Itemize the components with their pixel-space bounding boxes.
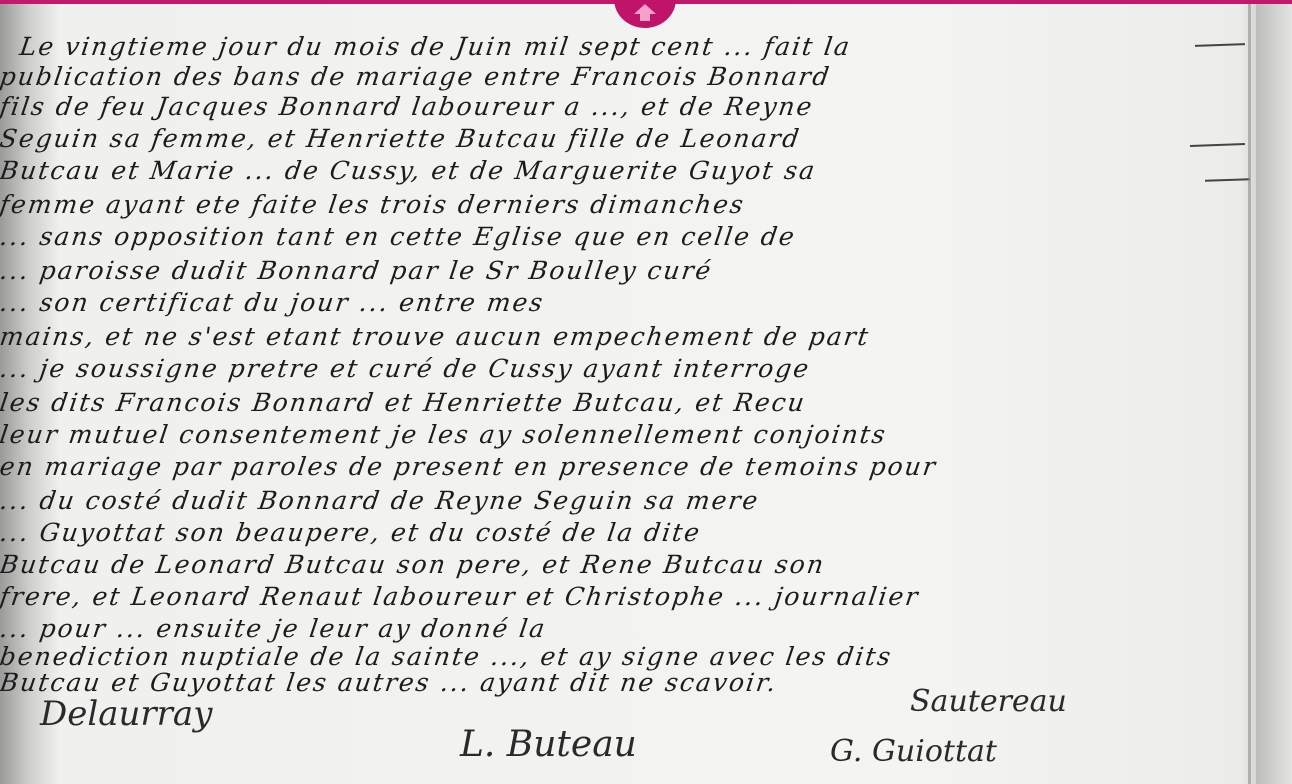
manuscript-line: fils de feu Jacques Bonnard laboureur a … bbox=[0, 92, 815, 121]
manuscript-line: en mariage par paroles de present en pre… bbox=[0, 452, 939, 481]
manuscript-line: Seguin sa femme, et Henriette Butcau fil… bbox=[0, 124, 803, 153]
manuscript-line: mains, et ne s'est etant trouve aucun em… bbox=[0, 322, 872, 351]
manuscript-line: frere, et Leonard Renaut laboureur et Ch… bbox=[0, 582, 921, 611]
manuscript-line: Butcau de Leonard Butcau son pere, et Re… bbox=[0, 550, 827, 579]
manuscript-line: publication des bans de mariage entre Fr… bbox=[0, 62, 833, 91]
margin-stroke bbox=[1205, 178, 1250, 182]
manuscript-line: ... je soussigne pretre et curé de Cussy… bbox=[0, 354, 812, 383]
manuscript-line: Le vingtieme jour du mois de Juin mil se… bbox=[18, 32, 853, 61]
arrow-up-icon-stem bbox=[640, 13, 650, 21]
signature: L. Buteau bbox=[460, 724, 637, 765]
signature: G. Guiottat bbox=[830, 734, 997, 769]
manuscript-line: ... du costé dudit Bonnard de Reyne Segu… bbox=[0, 486, 761, 515]
manuscript-line: femme ayant ete faite les trois derniers… bbox=[0, 190, 747, 219]
margin-stroke bbox=[1195, 43, 1245, 47]
manuscript-line: les dits Francois Bonnard et Henriette B… bbox=[0, 388, 808, 417]
manuscript-line: Butcau et Guyottat les autres ... ayant … bbox=[0, 668, 779, 697]
signature: Sautereau bbox=[910, 684, 1067, 719]
margin-stroke bbox=[1190, 143, 1245, 147]
manuscript-line: ... son certificat du jour ... entre mes bbox=[0, 288, 546, 317]
page-edge bbox=[1256, 4, 1292, 784]
manuscript-line: ... sans opposition tant en cette Eglise… bbox=[0, 222, 798, 251]
page-margin-line bbox=[1248, 4, 1251, 784]
manuscript-line: leur mutuel consentement je les ay solen… bbox=[0, 420, 889, 449]
manuscript-line: benediction nuptiale de la sainte ..., e… bbox=[0, 642, 894, 671]
document-scan: Le vingtieme jour du mois de Juin mil se… bbox=[0, 4, 1256, 784]
manuscript-line: ... paroisse dudit Bonnard par le Sr Bou… bbox=[0, 256, 714, 285]
manuscript-line: ... Guyottat son beaupere, et du costé d… bbox=[0, 518, 703, 547]
manuscript-line: Butcau et Marie ... de Cussy, et de Marg… bbox=[0, 156, 818, 185]
signature: Delaurray bbox=[40, 694, 212, 734]
manuscript-line: ... pour ... ensuite je leur ay donné la bbox=[0, 614, 548, 643]
